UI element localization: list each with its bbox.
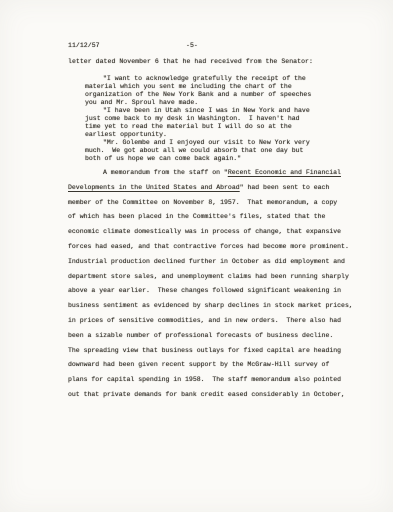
quote-line: material which you sent me including the… <box>85 83 315 91</box>
body-line: forces had eased, and that contractive f… <box>68 240 358 255</box>
memo-title-underlined: Recent Economic and Financial <box>228 169 341 176</box>
body-line: Industrial production declined further i… <box>68 255 358 270</box>
quote-line: much. We got about all we could absorb t… <box>85 147 315 155</box>
body-line: A memorandum from the staff on "Recent E… <box>68 166 358 181</box>
body-line: The spreading view that business outlays… <box>68 344 358 359</box>
body-line: Developments in the United States and Ab… <box>68 181 358 196</box>
quote-line: organization of the New York Bank and a … <box>85 91 315 99</box>
body-line: of which has been placed in the Committe… <box>68 210 358 225</box>
body-line: been a sizable number of professional fo… <box>68 329 358 344</box>
body-line: in prices of sensitive commodities, and … <box>68 314 358 329</box>
quote-line: "I want to acknowledge gratefully the re… <box>85 75 315 83</box>
body-text: A memorandum from the staff on " <box>103 169 228 176</box>
scanned-document-page: 11/12/57 -5- letter dated November 6 tha… <box>0 0 393 512</box>
body-line: economic climate domestically was in pro… <box>68 225 358 240</box>
intro-line: letter dated November 6 that he had rece… <box>68 58 313 65</box>
body-line: department store sales, and unemployment… <box>68 270 358 285</box>
quote-line: "Mr. Golembe and I enjoyed our visit to … <box>85 139 315 147</box>
quote-line: you and Mr. Sproul have made. <box>85 99 315 107</box>
body-text: " had been sent to each <box>240 184 330 191</box>
memo-title-underlined: Developments in the United States and Ab… <box>68 184 240 191</box>
letter-quote-block: "I want to acknowledge gratefully the re… <box>85 75 315 163</box>
body-line: plans for capital spending in 1958. The … <box>68 373 358 388</box>
body-line: member of the Committee on November 8, 1… <box>68 196 358 211</box>
body-line: business sentiment as evidenced by sharp… <box>68 299 358 314</box>
date-stamp: 11/12/57 <box>68 42 100 49</box>
quote-line: earliest opportunity. <box>85 131 315 139</box>
page-number: -5- <box>186 42 198 49</box>
body-line: above a year earlier. These changes foll… <box>68 284 358 299</box>
body-paragraph: A memorandum from the staff on "Recent E… <box>68 166 358 403</box>
quote-line: time yet to read the material but I will… <box>85 123 315 131</box>
quote-line: "I have been in Utah since I was in New … <box>85 107 315 115</box>
body-line: downward had been given recent support b… <box>68 358 358 373</box>
quote-line: both of us hope we can come back again." <box>85 155 315 163</box>
quote-line: just come back to my desk in Washington.… <box>85 115 315 123</box>
body-line: out that private demands for bank credit… <box>68 388 358 403</box>
